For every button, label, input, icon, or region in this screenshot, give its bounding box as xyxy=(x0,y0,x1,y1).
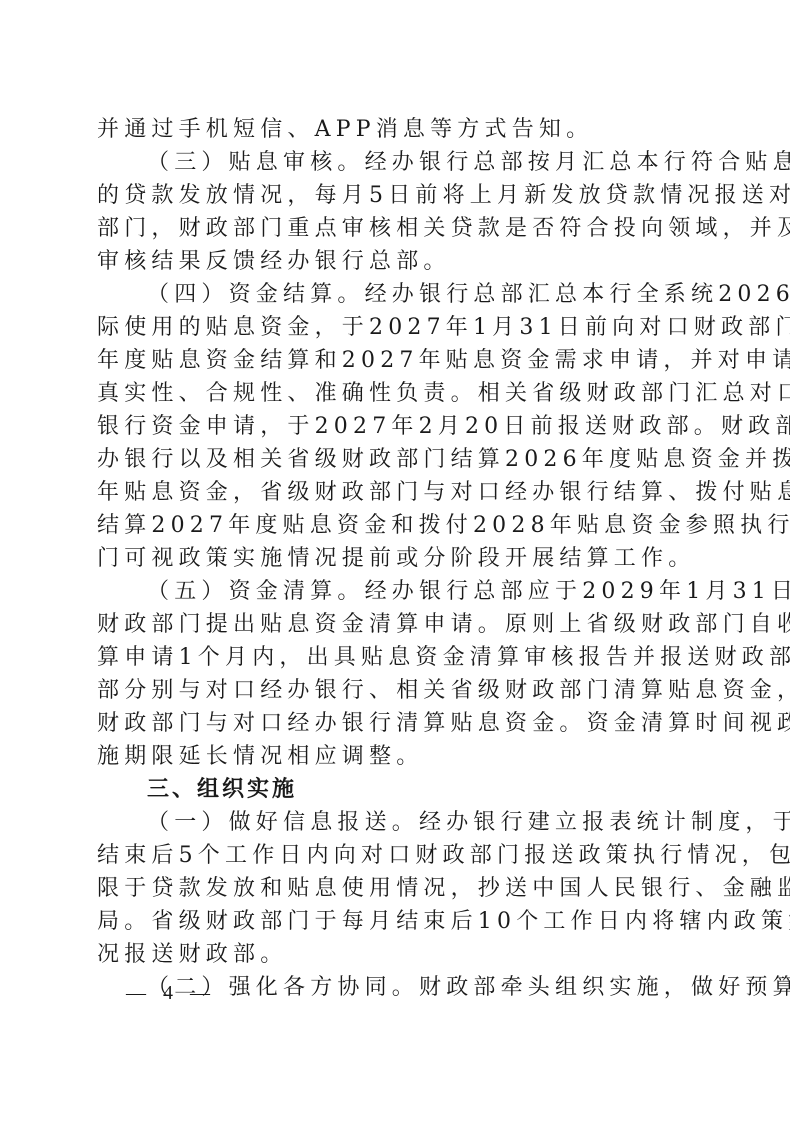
text-line: 真实性、合规性、准确性负责。相关省级财政部门汇总对口经办 xyxy=(97,377,693,410)
text-line: 财政部门与对口经办银行清算贴息资金。资金清算时间视政策实 xyxy=(97,707,693,740)
text-line: 结算2027年度贴息资金和拨付2028年贴息资金参照执行。财政部 xyxy=(97,509,693,542)
paragraph-san-tiexi-shenhe: （三）贴息审核。经办银行总部按月汇总本行符合贴息条件 xyxy=(97,146,693,179)
paragraph-yi-xinxi-baosong: （一）做好信息报送。经办银行建立报表统计制度，于每月 xyxy=(97,806,693,839)
text-line: 局。省级财政部门于每月结束后10个工作日内将辖内政策实施情 xyxy=(97,905,693,938)
text-line: 部门，财政部门重点审核相关贷款是否符合投向领域，并及时将 xyxy=(97,212,693,245)
text-line: 结束后5个工作日内向对口财政部门报送政策执行情况，包括但不 xyxy=(97,839,693,872)
paragraph-si-zijin-jiesuan: （四）资金结算。经办银行总部汇总本行全系统2026年度实 xyxy=(97,278,693,311)
text-line: 算申请1个月内，出具贴息资金清算审核报告并报送财政部，财政 xyxy=(97,641,693,674)
text-line: 财政部门提出贴息资金清算申请。原则上省级财政部门自收到清 xyxy=(97,608,693,641)
text-line: 际使用的贴息资金，于2027年1月31日前向对口财政部门提出2026 xyxy=(97,311,693,344)
text-line: 银行资金申请，于2027年2月20日前报送财政部。财政部与对口经 xyxy=(97,410,693,443)
page-number: — 4 — xyxy=(126,982,216,1005)
text-line: 审核结果反馈经办银行总部。 xyxy=(97,245,693,278)
text-line: 办银行以及相关省级财政部门结算2026年度贴息资金并拨付2027 xyxy=(97,443,693,476)
text-line: 限于贷款发放和贴息使用情况，抄送中国人民银行、金融监管总 xyxy=(97,872,693,905)
section-heading-zuzhi-shishi: 三、组织实施 xyxy=(97,773,693,806)
text-line: 并通过手机短信、APP消息等方式告知。 xyxy=(97,113,693,146)
text-line: 施期限延长情况相应调整。 xyxy=(97,740,693,773)
paragraph-wu-zijin-qingsuan: （五）资金清算。经办银行总部应于2029年1月31日前向对口 xyxy=(97,575,693,608)
text-line: 年度贴息资金结算和2027年贴息资金需求申请，并对申请材料的 xyxy=(97,344,693,377)
text-line: 年贴息资金，省级财政部门与对口经办银行结算、拨付贴息资金。 xyxy=(97,476,693,509)
text-line: 况报送财政部。 xyxy=(97,938,693,971)
document-body: 并通过手机短信、APP消息等方式告知。 （三）贴息审核。经办银行总部按月汇总本行… xyxy=(97,113,693,1004)
text-line: 门可视政策实施情况提前或分阶段开展结算工作。 xyxy=(97,542,693,575)
text-line: 部分别与对口经办银行、相关省级财政部门清算贴息资金，省级 xyxy=(97,674,693,707)
text-line: 的贷款发放情况，每月5日前将上月新发放贷款情况报送对口财政 xyxy=(97,179,693,212)
